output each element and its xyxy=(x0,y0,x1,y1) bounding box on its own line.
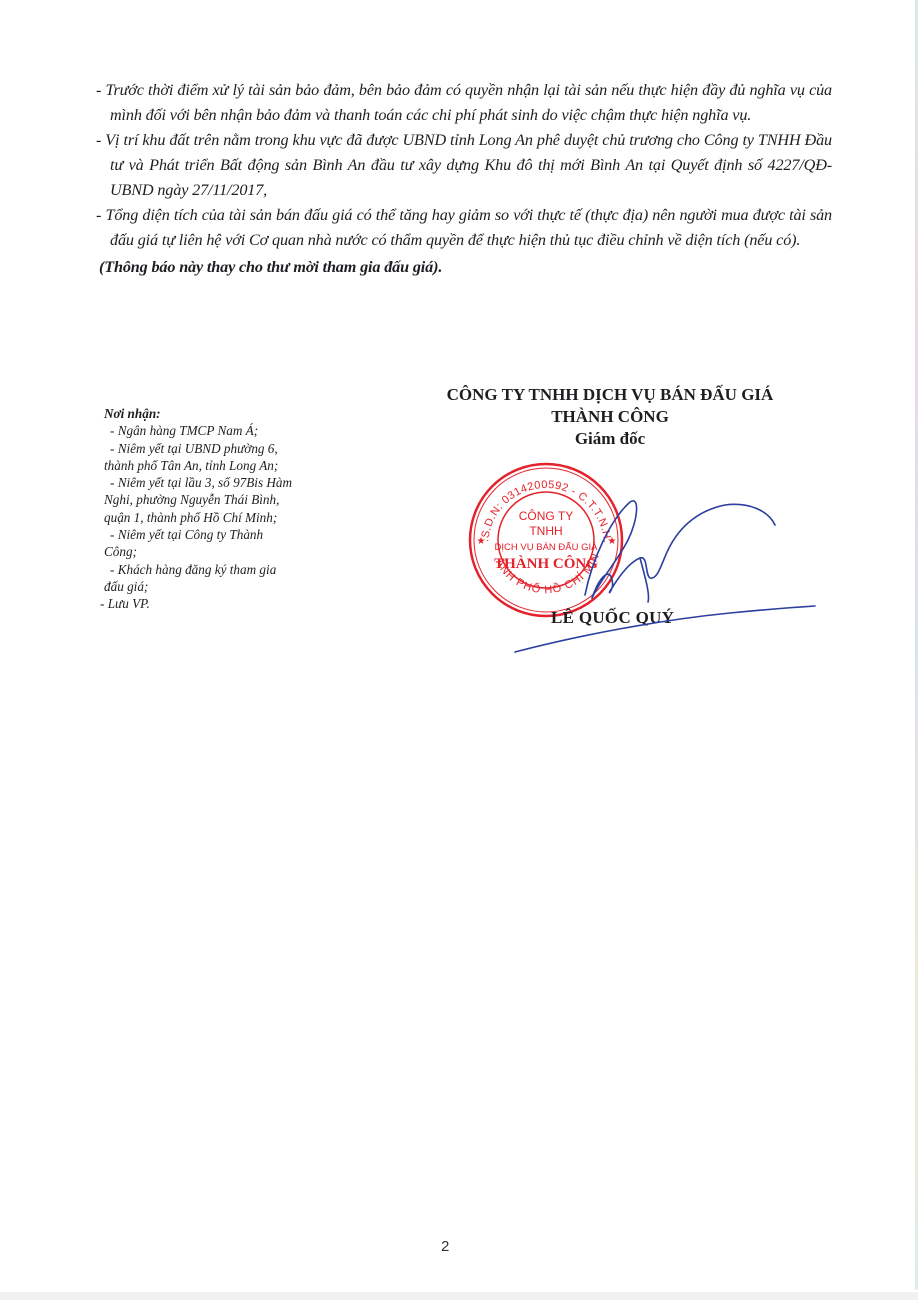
signer-position: Giám đốc xyxy=(400,428,820,450)
recipient-line: Nghi, phường Nguyễn Thái Bình, xyxy=(100,491,315,508)
term-item: - Tổng diện tích của tài sản bán đấu giá… xyxy=(96,203,832,253)
recipients-title: Nơi nhận: xyxy=(100,405,315,422)
recipient-line: - Lưu VP. xyxy=(100,595,315,612)
page-number: 2 xyxy=(441,1238,449,1255)
recipient-line: - Niêm yết tại lầu 3, số 97Bis Hàm xyxy=(100,474,315,491)
term-item: - Trước thời điểm xử lý tài sản bảo đảm,… xyxy=(96,78,832,128)
svg-text:★: ★ xyxy=(477,536,486,547)
company-name-line2: THÀNH CÔNG xyxy=(400,406,820,428)
scan-edge-bottom xyxy=(0,1292,918,1300)
recipient-line: - Niêm yết tại UBND phường 6, xyxy=(100,440,315,457)
closing-note: (Thông báo này thay cho thư mời tham gia… xyxy=(96,255,832,280)
recipients-list: Nơi nhận: - Ngân hàng TMCP Nam Á; - Niêm… xyxy=(100,405,315,613)
recipient-line: đấu giá; xyxy=(100,578,315,595)
handwritten-signature-icon xyxy=(500,480,820,660)
company-name-line1: CÔNG TY TNHH DỊCH VỤ BÁN ĐẤU GIÁ xyxy=(400,384,820,406)
signature-block: CÔNG TY TNHH DỊCH VỤ BÁN ĐẤU GIÁ THÀNH C… xyxy=(400,384,820,450)
recipient-line: - Niêm yết tại Công ty Thành xyxy=(100,526,315,543)
recipient-line: quận 1, thành phố Hồ Chí Minh; xyxy=(100,509,315,526)
recipient-line: - Ngân hàng TMCP Nam Á; xyxy=(100,422,315,439)
terms-section: - Trước thời điểm xử lý tài sản bảo đảm,… xyxy=(96,78,832,280)
term-item: - Vị trí khu đất trên nằm trong khu vực … xyxy=(96,128,832,203)
recipient-line: Công; xyxy=(100,543,315,560)
recipient-line: - Khách hàng đăng ký tham gia xyxy=(100,561,315,578)
recipient-line: thành phố Tân An, tỉnh Long An; xyxy=(100,457,315,474)
